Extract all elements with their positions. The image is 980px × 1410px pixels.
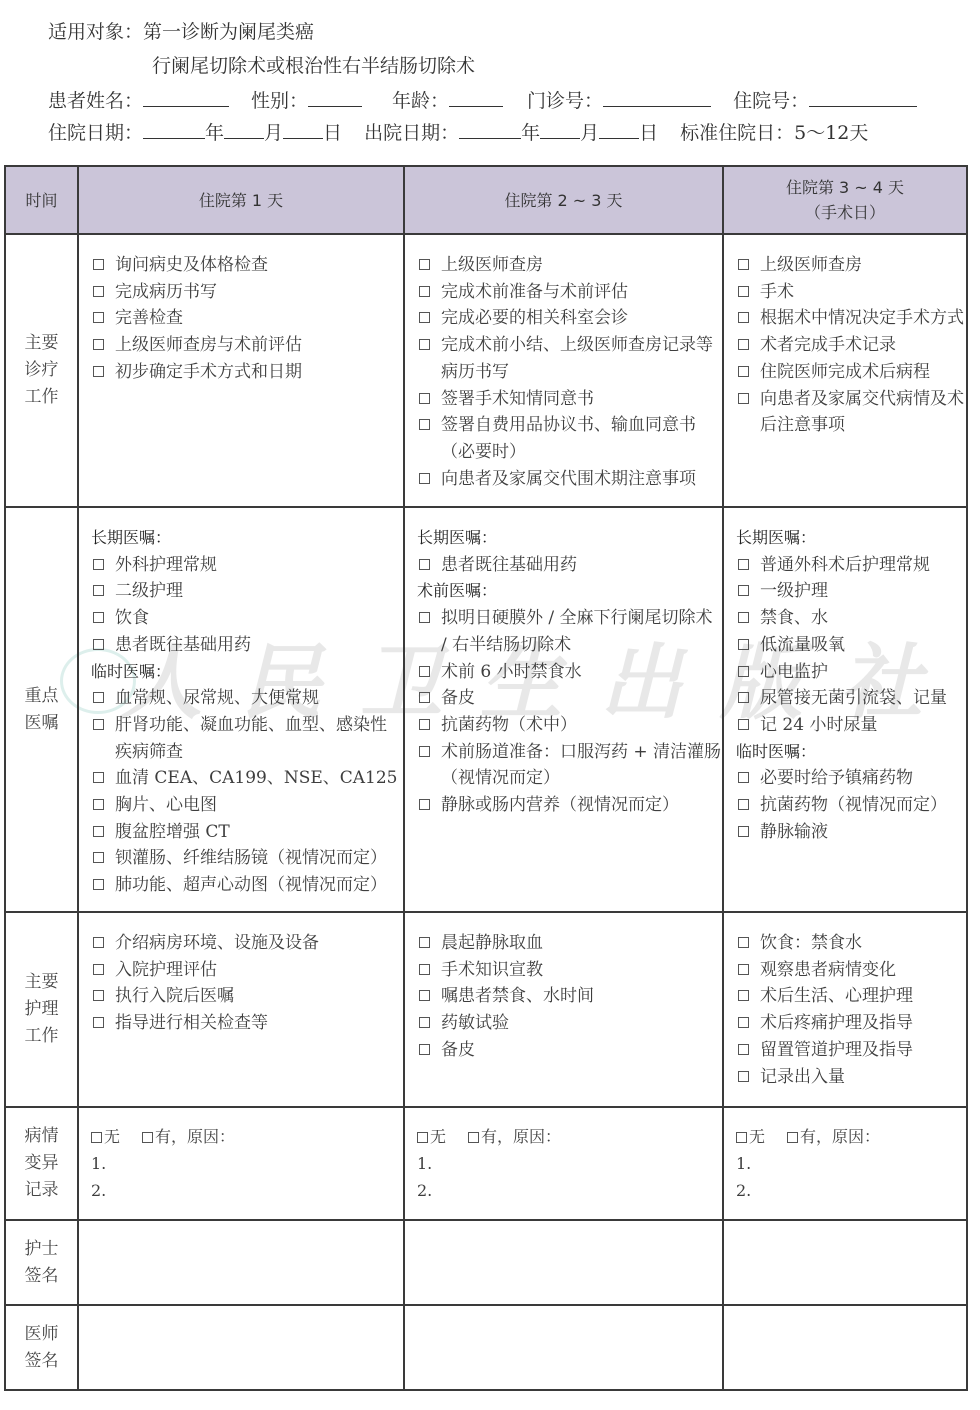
item-text: 心电监护 xyxy=(760,662,828,682)
checklist-item[interactable]: 患者既往基础用药 xyxy=(417,552,722,579)
outpatient-no-field[interactable] xyxy=(603,88,711,107)
checkbox-icon[interactable] xyxy=(93,937,104,948)
checklist-item[interactable]: 询问病史及体格检查 xyxy=(91,252,403,279)
admission-day-field[interactable] xyxy=(283,120,323,139)
reason-line-1[interactable]: 1. xyxy=(417,1150,722,1177)
long-term-orders-title: 长期医嘱： xyxy=(736,525,966,552)
month-unit: 月 xyxy=(580,122,599,144)
checklist-item[interactable]: 禁食、水 xyxy=(736,605,966,632)
row-nurse-signature: 护士 签名 xyxy=(5,1220,967,1305)
inpatient-no-label: 住院号： xyxy=(733,90,809,112)
row-variance-record: 病情 变异 记录 无有，原因： 1. 2. 无有，原因： 1. 2. 无有，原因… xyxy=(5,1107,967,1220)
row-label-line: 记录 xyxy=(6,1177,77,1204)
item-text: 静脉或肠内营养（视情况而定） xyxy=(441,795,679,815)
item-text: 上级医师查房 xyxy=(760,255,862,275)
item-text: 签署自费用品协议书、输血同意书（必要时） xyxy=(441,415,696,462)
table-header-row: 时间 住院第 1 天 住院第 2 ~ 3 天 住院第 3 ~ 4 天 （手术日） xyxy=(5,166,967,234)
checklist-item[interactable]: 完成术前小结、上级医师查房记录等病历书写 xyxy=(417,332,722,385)
row-label-line: 医嘱 xyxy=(6,710,77,737)
checkbox-icon[interactable] xyxy=(419,473,430,484)
col-header-day1: 住院第 1 天 xyxy=(78,166,404,234)
item-text: 上级医师查房 xyxy=(441,255,543,275)
item-text: 术后生活、心理护理 xyxy=(760,986,913,1006)
option-none: 无 xyxy=(749,1127,765,1146)
checkbox-icon[interactable] xyxy=(419,393,430,404)
doctor-signature-day2[interactable] xyxy=(404,1305,723,1390)
checkbox-yes-icon[interactable] xyxy=(468,1132,479,1143)
row-label-line: 护士 xyxy=(6,1236,77,1263)
checklist-item[interactable]: 备皮 xyxy=(417,685,722,712)
checklist-item[interactable]: 肝肾功能、凝血功能、血型、感染性疾病筛查 xyxy=(91,712,403,765)
checkbox-icon[interactable] xyxy=(93,719,104,730)
checkbox-icon[interactable] xyxy=(738,339,749,350)
checkbox-icon[interactable] xyxy=(419,1044,430,1055)
col-header-day2: 住院第 2 ~ 3 天 xyxy=(404,166,723,234)
checkbox-icon[interactable] xyxy=(419,990,430,1001)
item-text: 饮食 xyxy=(115,608,149,628)
item-text: 术前 6 小时禁食水 xyxy=(441,662,582,682)
checklist-item[interactable]: 拟明日硬膜外 / 全麻下行阑尾切除术 / 右半结肠切除术 xyxy=(417,605,722,658)
checklist-item[interactable]: 备皮 xyxy=(417,1037,722,1064)
checklist-item[interactable]: 观察患者病情变化 xyxy=(736,957,966,984)
checkbox-icon[interactable] xyxy=(738,692,749,703)
checklist-item[interactable]: 上级医师查房与术前评估 xyxy=(91,332,403,359)
checklist-item[interactable]: 外科护理常规 xyxy=(91,552,403,579)
checklist-item[interactable]: 二级护理 xyxy=(91,578,403,605)
checklist-item[interactable]: 术者完成手术记录 xyxy=(736,332,966,359)
checkbox-icon[interactable] xyxy=(738,772,749,783)
doctor-signature-day1[interactable] xyxy=(78,1305,404,1390)
checkbox-icon[interactable] xyxy=(738,666,749,677)
row-key-orders: 重点 医嘱 长期医嘱： 外科护理常规 二级护理 饮食 患者既往基础用药 临时医嘱… xyxy=(5,507,967,912)
item-text: 药敏试验 xyxy=(441,1013,509,1033)
long-term-orders-title: 长期医嘱： xyxy=(91,525,403,552)
checkbox-icon[interactable] xyxy=(419,559,430,570)
checklist-item[interactable]: 初步确定手术方式和日期 xyxy=(91,359,403,386)
item-text: 抗菌药物（视情况而定） xyxy=(760,795,947,815)
checkbox-icon[interactable] xyxy=(419,419,430,430)
checkbox-icon[interactable] xyxy=(93,366,104,377)
option-none: 无 xyxy=(430,1127,446,1146)
checklist-item[interactable]: 饮食 xyxy=(91,605,403,632)
item-text: 向患者及家属交代病情及术后注意事项 xyxy=(760,389,964,436)
item-text: 外科护理常规 xyxy=(115,555,217,575)
checklist-item[interactable]: 完善检查 xyxy=(91,305,403,332)
checklist-item[interactable]: 术后疼痛护理及指导 xyxy=(736,1010,966,1037)
checklist-item[interactable]: 住院医师完成术后病程 xyxy=(736,359,966,386)
item-text: 入院护理评估 xyxy=(115,960,217,980)
inpatient-no-field[interactable] xyxy=(809,88,917,107)
checkbox-icon[interactable] xyxy=(93,559,104,570)
row-label-key-orders: 重点 医嘱 xyxy=(5,507,78,912)
item-text: 完成必要的相关科室会诊 xyxy=(441,308,628,328)
item-text: 患者既往基础用药 xyxy=(441,555,577,575)
row-nursing-work: 主要 护理 工作 介绍病房环境、设施及设备 入院护理评估 执行入院后医嘱 指导进… xyxy=(5,912,967,1107)
nurse-signature-day2[interactable] xyxy=(404,1220,723,1305)
checkbox-icon[interactable] xyxy=(738,259,749,270)
checkbox-icon[interactable] xyxy=(93,585,104,596)
admission-month-field[interactable] xyxy=(224,120,264,139)
checklist-item[interactable]: 抗菌药物（视情况而定） xyxy=(736,792,966,819)
standard-stay: 标准住院日：5～12天 xyxy=(680,122,868,144)
checklist-item[interactable]: 低流量吸氧 xyxy=(736,632,966,659)
checklist-item[interactable]: 晨起静脉取血 xyxy=(417,930,722,957)
checkbox-none-icon[interactable] xyxy=(736,1132,747,1143)
item-text: 二级护理 xyxy=(115,581,183,601)
discharge-year-field[interactable] xyxy=(459,120,521,139)
checklist-item[interactable]: 留置管道护理及指导 xyxy=(736,1037,966,1064)
temporary-orders-title: 临时医嘱： xyxy=(91,659,403,686)
checklist-item[interactable]: 患者既往基础用药 xyxy=(91,632,403,659)
patient-name-label: 患者姓名： xyxy=(48,90,143,112)
discharge-day-field[interactable] xyxy=(599,120,639,139)
checklist-item[interactable]: 向患者及家属交代围术期注意事项 xyxy=(417,466,722,493)
item-text: 询问病史及体格检查 xyxy=(115,255,268,275)
checklist-item[interactable]: 心电监护 xyxy=(736,659,966,686)
orders-day2: 长期医嘱： 患者既往基础用药 术前医嘱： 拟明日硬膜外 / 全麻下行阑尾切除术 … xyxy=(404,507,723,912)
checklist-item[interactable]: 血清 CEA、CA199、NSE、CA125 xyxy=(91,765,403,792)
item-text: 记 24 小时尿量 xyxy=(760,715,877,735)
variance-day1: 无有，原因： 1. 2. xyxy=(78,1107,404,1220)
variance-options: 无有，原因： xyxy=(91,1123,403,1150)
doctor-signature-day3[interactable] xyxy=(723,1305,967,1390)
item-text: 血常规、尿常规、大便常规 xyxy=(115,688,319,708)
checkbox-icon[interactable] xyxy=(419,799,430,810)
nurse-signature-day3[interactable] xyxy=(723,1220,967,1305)
nursing-day3: 饮食：禁食水 观察患者病情变化 术后生活、心理护理 术后疼痛护理及指导 留置管道… xyxy=(723,912,967,1107)
year-unit: 年 xyxy=(205,122,224,144)
item-text: 根据术中情况决定手术方式 xyxy=(760,308,964,328)
checkbox-icon[interactable] xyxy=(93,692,104,703)
checklist-item[interactable]: 血常规、尿常规、大便常规 xyxy=(91,685,403,712)
checkbox-icon[interactable] xyxy=(419,612,430,623)
checkbox-none-icon[interactable] xyxy=(417,1132,428,1143)
checkbox-icon[interactable] xyxy=(419,339,430,350)
checkbox-icon[interactable] xyxy=(738,612,749,623)
checklist-item[interactable]: 尿管接无菌引流袋、记量 xyxy=(736,685,966,712)
checkbox-icon[interactable] xyxy=(419,692,430,703)
checklist-item[interactable]: 上级医师查房 xyxy=(417,252,722,279)
item-text: 静脉输液 xyxy=(760,822,828,842)
orders-day3: 长期医嘱： 普通外科术后护理常规 一级护理 禁食、水 低流量吸氧 心电监护 尿管… xyxy=(723,507,967,912)
item-text: 术前肠道准备：口服泻药 + 清洁灌肠（视情况而定） xyxy=(441,742,721,789)
row-label-line: 签名 xyxy=(6,1263,77,1290)
item-text: 备皮 xyxy=(441,1040,475,1060)
checklist-item[interactable]: 胸片、心电图 xyxy=(91,792,403,819)
item-text: 肺功能、超声心动图（视情况而定） xyxy=(115,875,387,895)
checkbox-icon[interactable] xyxy=(419,286,430,297)
item-text: 完善检查 xyxy=(115,308,183,328)
checklist-item[interactable]: 介绍病房环境、设施及设备 xyxy=(91,930,403,957)
checkbox-icon[interactable] xyxy=(419,259,430,270)
long-term-orders-title: 长期医嘱： xyxy=(417,525,722,552)
option-yes-reason: 有，原因： xyxy=(481,1127,561,1146)
item-text: 指导进行相关检查等 xyxy=(115,1013,268,1033)
checklist-item[interactable]: 上级医师查房 xyxy=(736,252,966,279)
checklist-item[interactable]: 术后生活、心理护理 xyxy=(736,983,966,1010)
checklist-item[interactable]: 向患者及家属交代病情及术后注意事项 xyxy=(736,386,966,439)
row-label-doctor-signature: 医师 签名 xyxy=(5,1305,78,1390)
item-text: 术者完成手术记录 xyxy=(760,335,896,355)
variance-options: 无有，原因： xyxy=(736,1123,966,1150)
item-text: 手术 xyxy=(760,282,794,302)
checklist-item[interactable]: 执行入院后医嘱 xyxy=(91,983,403,1010)
item-text: 记录出入量 xyxy=(760,1067,845,1087)
main-work-day1: 询问病史及体格检查 完成病历书写 完善检查 上级医师查房与术前评估 初步确定手术… xyxy=(78,234,404,507)
item-text: 低流量吸氧 xyxy=(760,635,845,655)
item-text: 完成病历书写 xyxy=(115,282,217,302)
checkbox-icon[interactable] xyxy=(93,772,104,783)
variance-day2: 无有，原因： 1. 2. xyxy=(404,1107,723,1220)
row-label-line: 诊疗 xyxy=(6,357,77,384)
checklist-item[interactable]: 签署手术知情同意书 xyxy=(417,386,722,413)
checkbox-icon[interactable] xyxy=(738,964,749,975)
checkbox-icon[interactable] xyxy=(738,719,749,730)
month-unit: 月 xyxy=(264,122,283,144)
reason-line-2[interactable]: 2. xyxy=(736,1177,966,1204)
checkbox-icon[interactable] xyxy=(738,826,749,837)
row-label-line: 工作 xyxy=(6,384,77,411)
item-text: 上级医师查房与术前评估 xyxy=(115,335,302,355)
item-text: 腹盆腔增强 CT xyxy=(115,822,230,842)
item-text: 必要时给予镇痛药物 xyxy=(760,768,913,788)
checkbox-icon[interactable] xyxy=(93,312,104,323)
checkbox-icon[interactable] xyxy=(738,366,749,377)
row-label-line: 病情 xyxy=(6,1123,77,1150)
checkbox-icon[interactable] xyxy=(738,393,749,404)
row-label-line: 重点 xyxy=(6,683,77,710)
age-label: 年龄： xyxy=(392,90,449,112)
preop-orders-title: 术前医嘱： xyxy=(417,578,722,605)
checkbox-icon[interactable] xyxy=(93,286,104,297)
applicable-line-2: 行阑尾切除术或根治性右半结肠切除术 xyxy=(152,54,475,78)
item-text: 嘱患者禁食、水时间 xyxy=(441,986,594,1006)
age-field[interactable] xyxy=(449,88,503,107)
item-text: 术后疼痛护理及指导 xyxy=(760,1013,913,1033)
item-text: 一级护理 xyxy=(760,581,828,601)
variance-options: 无有，原因： xyxy=(417,1123,722,1150)
admission-date-label: 住院日期： xyxy=(48,122,143,144)
reason-line-2[interactable]: 2. xyxy=(91,1177,403,1204)
checklist-item[interactable]: 术前肠道准备：口服泻药 + 清洁灌肠（视情况而定） xyxy=(417,739,722,792)
checkbox-icon[interactable] xyxy=(738,286,749,297)
checkbox-icon[interactable] xyxy=(93,799,104,810)
nursing-day2: 晨起静脉取血 手术知识宣教 嘱患者禁食、水时间 药敏试验 备皮 xyxy=(404,912,723,1107)
row-label-main-work: 主要 诊疗 工作 xyxy=(5,234,78,507)
day-unit: 日 xyxy=(323,122,342,144)
col-header-day3-label: 住院第 3 ~ 4 天 xyxy=(724,175,966,200)
discharge-month-field[interactable] xyxy=(540,120,580,139)
row-label-nursing-work: 主要 护理 工作 xyxy=(5,912,78,1107)
row-label-line: 签名 xyxy=(6,1348,77,1375)
outpatient-no-label: 门诊号： xyxy=(527,90,603,112)
sex-field[interactable] xyxy=(308,88,362,107)
checkbox-icon[interactable] xyxy=(419,1017,430,1028)
checklist-item[interactable]: 签署自费用品协议书、输血同意书（必要时） xyxy=(417,412,722,465)
checklist-item[interactable]: 抗菌药物（术中） xyxy=(417,712,722,739)
item-text: 禁食、水 xyxy=(760,608,828,628)
checklist-item[interactable]: 肺功能、超声心动图（视情况而定） xyxy=(91,872,403,899)
option-none: 无 xyxy=(104,1127,120,1146)
applicable-line-1: 适用对象：第一诊断为阑尾类癌 xyxy=(48,20,314,44)
checkbox-icon[interactable] xyxy=(419,937,430,948)
checkbox-icon[interactable] xyxy=(93,612,104,623)
checklist-item[interactable]: 必要时给予镇痛药物 xyxy=(736,765,966,792)
item-text: 胸片、心电图 xyxy=(115,795,217,815)
item-text: 抗菌药物（术中） xyxy=(441,715,577,735)
checklist-item[interactable]: 嘱患者禁食、水时间 xyxy=(417,983,722,1010)
clinical-pathway-table: 时间 住院第 1 天 住院第 2 ~ 3 天 住院第 3 ~ 4 天 （手术日）… xyxy=(4,165,968,1391)
item-text: 血清 CEA、CA199、NSE、CA125 xyxy=(115,768,398,788)
checkbox-none-icon[interactable] xyxy=(91,1132,102,1143)
checkbox-icon[interactable] xyxy=(419,312,430,323)
procedure-text: 行阑尾切除术或根治性右半结肠切除术 xyxy=(152,55,475,77)
row-label-line: 主要 xyxy=(6,330,77,357)
checklist-item[interactable]: 手术 xyxy=(736,279,966,306)
checklist-item[interactable]: 手术知识宣教 xyxy=(417,957,722,984)
checkbox-icon[interactable] xyxy=(738,1044,749,1055)
row-label-nurse-signature: 护士 签名 xyxy=(5,1220,78,1305)
checkbox-icon[interactable] xyxy=(738,799,749,810)
checklist-item[interactable]: 腹盆腔增强 CT xyxy=(91,819,403,846)
nursing-day1: 介绍病房环境、设施及设备 入院护理评估 执行入院后医嘱 指导进行相关检查等 xyxy=(78,912,404,1107)
year-unit: 年 xyxy=(521,122,540,144)
checkbox-icon[interactable] xyxy=(738,639,749,650)
item-text: 观察患者病情变化 xyxy=(760,960,896,980)
dates-line: 住院日期：年月日出院日期：年月日标准住院日：5～12天 xyxy=(48,120,868,145)
checkbox-icon[interactable] xyxy=(93,826,104,837)
col-header-day3-sub: （手术日） xyxy=(724,200,966,225)
orders-day1: 长期医嘱： 外科护理常规 二级护理 饮食 患者既往基础用药 临时医嘱： 血常规、… xyxy=(78,507,404,912)
admission-year-field[interactable] xyxy=(143,120,205,139)
checkbox-icon[interactable] xyxy=(738,990,749,1001)
temporary-orders-title: 临时医嘱： xyxy=(736,739,966,766)
checkbox-icon[interactable] xyxy=(93,964,104,975)
row-label-line: 变异 xyxy=(6,1150,77,1177)
col-header-time: 时间 xyxy=(5,166,78,234)
option-yes-reason: 有，原因： xyxy=(800,1127,880,1146)
reason-line-1[interactable]: 1. xyxy=(736,1150,966,1177)
checkbox-icon[interactable] xyxy=(93,1017,104,1028)
checkbox-icon[interactable] xyxy=(93,990,104,1001)
row-label-variance: 病情 变异 记录 xyxy=(5,1107,78,1220)
item-text: 介绍病房环境、设施及设备 xyxy=(115,933,319,953)
item-text: 住院医师完成术后病程 xyxy=(760,362,930,382)
checklist-item[interactable]: 饮食：禁食水 xyxy=(736,930,966,957)
sex-label: 性别： xyxy=(251,90,308,112)
checkbox-yes-icon[interactable] xyxy=(787,1132,798,1143)
checklist-item[interactable]: 钡灌肠、纤维结肠镜（视情况而定） xyxy=(91,845,403,872)
checkbox-icon[interactable] xyxy=(419,719,430,730)
row-doctor-signature: 医师 签名 xyxy=(5,1305,967,1390)
checkbox-icon[interactable] xyxy=(419,746,430,757)
item-text: 饮食：禁食水 xyxy=(760,933,862,953)
checkbox-icon[interactable] xyxy=(93,339,104,350)
checklist-item[interactable]: 静脉输液 xyxy=(736,819,966,846)
checkbox-yes-icon[interactable] xyxy=(142,1132,153,1143)
variance-day3: 无有，原因： 1. 2. xyxy=(723,1107,967,1220)
checklist-item[interactable]: 静脉或肠内营养（视情况而定） xyxy=(417,792,722,819)
item-text: 拟明日硬膜外 / 全麻下行阑尾切除术 / 右半结肠切除术 xyxy=(441,608,713,655)
item-text: 签署手术知情同意书 xyxy=(441,389,594,409)
item-text: 肝肾功能、凝血功能、血型、感染性疾病筛查 xyxy=(115,715,387,762)
checkbox-icon[interactable] xyxy=(738,937,749,948)
checklist-item[interactable]: 术前 6 小时禁食水 xyxy=(417,659,722,686)
checkbox-icon[interactable] xyxy=(93,639,104,650)
checklist-item[interactable]: 普通外科术后护理常规 xyxy=(736,552,966,579)
checkbox-icon[interactable] xyxy=(738,1017,749,1028)
checklist-item[interactable]: 药敏试验 xyxy=(417,1010,722,1037)
checklist-item[interactable]: 根据术中情况决定手术方式 xyxy=(736,305,966,332)
checklist-item[interactable]: 记录出入量 xyxy=(736,1064,966,1091)
item-text: 留置管道护理及指导 xyxy=(760,1040,913,1060)
checkbox-icon[interactable] xyxy=(419,964,430,975)
checkbox-icon[interactable] xyxy=(738,1071,749,1082)
checkbox-icon[interactable] xyxy=(93,852,104,863)
patient-name-field[interactable] xyxy=(143,88,229,107)
checkbox-icon[interactable] xyxy=(419,666,430,677)
option-yes-reason: 有，原因： xyxy=(155,1127,235,1146)
checkbox-icon[interactable] xyxy=(738,585,749,596)
checklist-item[interactable]: 指导进行相关检查等 xyxy=(91,1010,403,1037)
reason-line-2[interactable]: 2. xyxy=(417,1177,722,1204)
item-text: 向患者及家属交代围术期注意事项 xyxy=(441,469,696,489)
item-text: 钡灌肠、纤维结肠镜（视情况而定） xyxy=(115,848,387,868)
checklist-item[interactable]: 一级护理 xyxy=(736,578,966,605)
checklist-item[interactable]: 完成病历书写 xyxy=(91,279,403,306)
row-main-work: 主要 诊疗 工作 询问病史及体格检查 完成病历书写 完善检查 上级医师查房与术前… xyxy=(5,234,967,507)
item-text: 执行入院后医嘱 xyxy=(115,986,234,1006)
col-header-day3: 住院第 3 ~ 4 天 （手术日） xyxy=(723,166,967,234)
item-text: 备皮 xyxy=(441,688,475,708)
patient-info-line: 患者姓名：性别：年龄：门诊号：住院号： xyxy=(48,88,917,113)
discharge-date-label: 出院日期： xyxy=(364,122,459,144)
checkbox-icon[interactable] xyxy=(93,259,104,270)
checklist-item[interactable]: 完成术前准备与术前评估 xyxy=(417,279,722,306)
row-label-line: 护理 xyxy=(6,996,77,1023)
reason-line-1[interactable]: 1. xyxy=(91,1150,403,1177)
main-work-day3: 上级医师查房 手术 根据术中情况决定手术方式 术者完成手术记录 住院医师完成术后… xyxy=(723,234,967,507)
item-text: 晨起静脉取血 xyxy=(441,933,543,953)
item-text: 完成术前小结、上级医师查房记录等病历书写 xyxy=(441,335,713,382)
diagnosis-text: 第一诊断为阑尾类癌 xyxy=(143,21,314,43)
day-unit: 日 xyxy=(639,122,658,144)
row-label-line: 工作 xyxy=(6,1023,77,1050)
item-text: 初步确定手术方式和日期 xyxy=(115,362,302,382)
checkbox-icon[interactable] xyxy=(93,879,104,890)
main-work-day2: 上级医师查房 完成术前准备与术前评估 完成必要的相关科室会诊 完成术前小结、上级… xyxy=(404,234,723,507)
checklist-item[interactable]: 完成必要的相关科室会诊 xyxy=(417,305,722,332)
row-label-line: 医师 xyxy=(6,1321,77,1348)
nurse-signature-day1[interactable] xyxy=(78,1220,404,1305)
item-text: 手术知识宣教 xyxy=(441,960,543,980)
item-text: 患者既往基础用药 xyxy=(115,635,251,655)
applicable-label: 适用对象： xyxy=(48,21,143,43)
item-text: 普通外科术后护理常规 xyxy=(760,555,930,575)
checkbox-icon[interactable] xyxy=(738,312,749,323)
item-text: 完成术前准备与术前评估 xyxy=(441,282,628,302)
checklist-item[interactable]: 记 24 小时尿量 xyxy=(736,712,966,739)
checklist-item[interactable]: 入院护理评估 xyxy=(91,957,403,984)
checkbox-icon[interactable] xyxy=(738,559,749,570)
item-text: 尿管接无菌引流袋、记量 xyxy=(760,688,947,708)
row-label-line: 主要 xyxy=(6,969,77,996)
